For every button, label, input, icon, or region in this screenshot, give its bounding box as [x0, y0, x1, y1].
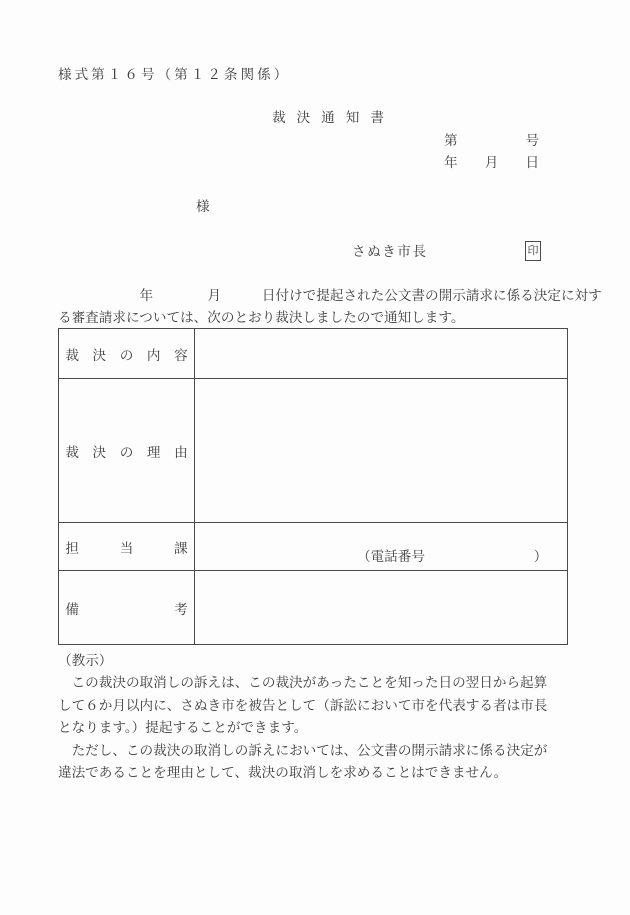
appeal-instruction-notice: （教示） この裁決の取消しの訴えは、この裁決があったことを知った日の翌日から起算…	[58, 650, 547, 784]
table-label-ruling-reason: 裁 決 の 理 由	[59, 378, 195, 522]
table-label-remarks: 備 考	[59, 570, 195, 644]
form-number: 様式第１６号（第１２条関係）	[58, 65, 290, 85]
phone-number-note: （電話番号 ）	[357, 545, 547, 565]
ruling-table: 裁 決 の 内 容 裁 決 の 理 由 担 当 課 （電話番号 ） 備 考	[58, 328, 568, 645]
seal-stamp-label: 印	[528, 246, 539, 257]
table-value-remarks	[195, 570, 567, 644]
issuer-name: さぬき市長	[352, 242, 427, 262]
document-number-blank-line: 第 号	[444, 131, 539, 151]
document-date-blank-line: 年 月 日	[444, 153, 539, 173]
table-value-ruling-reason	[195, 378, 567, 522]
body-paragraph: 年 月 日付けで提起された公文書の開示請求に係る決定に対す る審査請求については…	[58, 285, 602, 330]
addressee-honorific: 様	[196, 197, 210, 217]
table-value-responsible-division: （電話番号 ）	[195, 522, 567, 570]
document-page: 様式第１６号（第１２条関係） 裁決通知書 第 号 年 月 日 様 さぬき市長 印…	[0, 0, 630, 915]
document-title: 裁決通知書	[272, 108, 395, 128]
table-value-ruling-content	[195, 329, 567, 378]
seal-stamp-box: 印	[525, 241, 541, 261]
table-label-ruling-content: 裁 決 の 内 容	[59, 329, 195, 378]
table-label-responsible-division: 担 当 課	[59, 522, 195, 570]
